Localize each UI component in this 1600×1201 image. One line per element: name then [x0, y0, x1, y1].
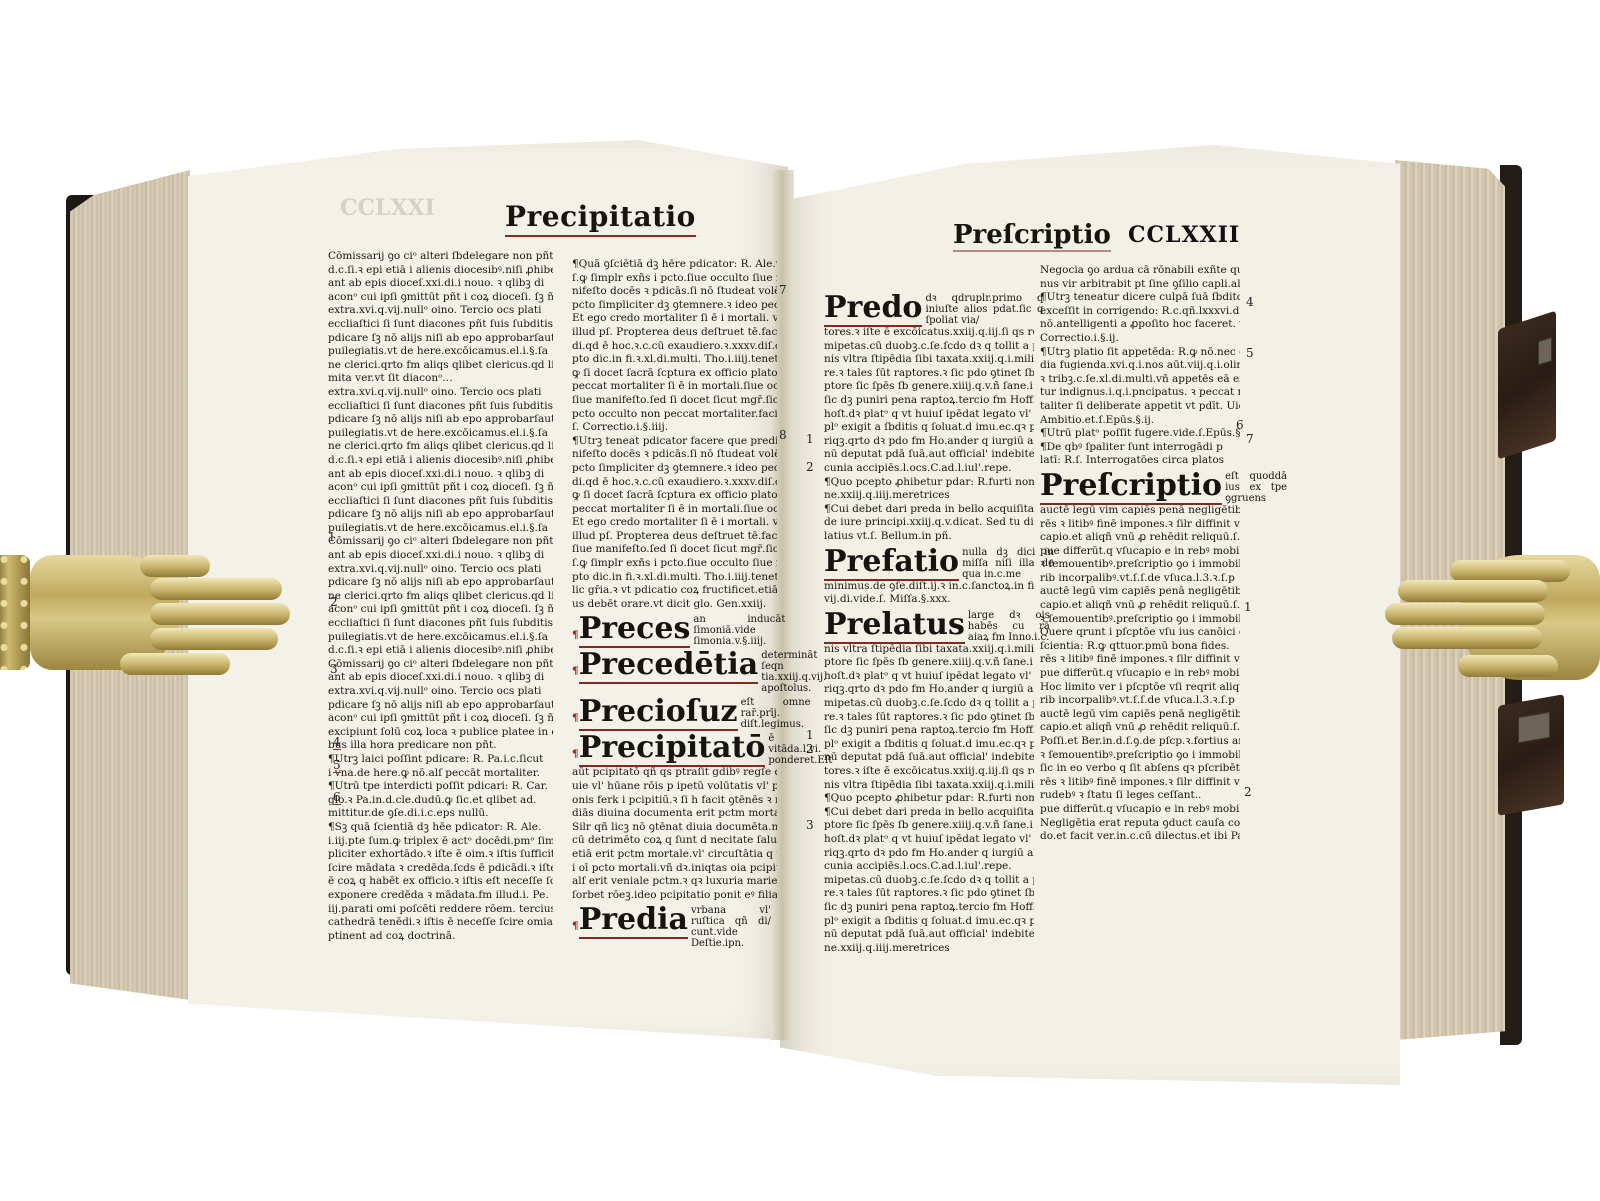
- text-line: rēs ꝛ litibꝰ finē impones.ꝛ ſilr diffini…: [1040, 776, 1240, 790]
- text-line: ptore ſic ſpēs ſb genere.xiiij.q.v.ñ ſan…: [824, 819, 1034, 833]
- text-line: pcto ſimpliciter dꝫ ꝯtemnere.ꝛ ideo pecc…: [572, 462, 777, 476]
- text-line: ¶Quā ꝯſciētiā dꝫ hēre pdicator: R. Ale.v…: [572, 258, 777, 272]
- text-line: ptinent ad coꝝ doctrinā.: [328, 930, 553, 944]
- margin-number: 2: [806, 460, 814, 474]
- text-line: capio.et aliqñ vnū ꝓ rehēdit reliquū.ſ.p: [1040, 721, 1240, 735]
- text-line: di.qd ē hoc.ꝛ.c.cū exaudiero.ꝛ.xxxv.diſ.…: [572, 340, 777, 354]
- text-line: ant ab epis dioceſ.xxi.di.i nouo. ꝛ qlib…: [328, 468, 553, 482]
- text-line: exceſſit in corrigendo: R.c.qñ.lxxxvi.di…: [1040, 305, 1240, 319]
- text-line: illud pſ. Propterea deus deſtruet tē.fac…: [572, 530, 777, 544]
- text-line: auctē legū vim capiēs penā negligētibꝰ i…: [1040, 504, 1240, 518]
- margin-number: 6: [1236, 418, 1244, 432]
- text-line: ¶Utrꝫ teneat pdicator facere que predica…: [572, 435, 777, 449]
- text-line: ſ.ꝙ ſimplr exñs i pcto.ſiue occulto ſiue…: [572, 557, 777, 571]
- text-line: nifeſto docēs ꝛ pdicās.ſi nō ſtudeat vol…: [572, 448, 777, 462]
- hand-finger: [1450, 560, 1570, 582]
- lower-leather-clasp[interactable]: [1498, 694, 1564, 816]
- text-line: ¶Cui debet dari preda in bello acquiſita…: [824, 806, 1034, 820]
- lemma-prescriptio: Preſcriptioeſt quoddā ius ex tpe ꝯgruens: [1040, 471, 1240, 504]
- text-line: Correctio.i.§.ij.: [1040, 332, 1240, 346]
- margin-number: 4: [333, 735, 341, 750]
- text-line: lic gr̄ia.ꝛ vt pdicatio coꝝ fructificet.…: [572, 584, 777, 598]
- text-line: puilegiatis.vt de here.excōicamus.el.i.§…: [328, 522, 553, 536]
- text-line: iij.parati omi poſcēti reddere rōem. ter…: [328, 903, 553, 917]
- text-line: ſiue manifeſto.ſed ſi docet ſicut mgr̄.ſ…: [572, 543, 777, 557]
- text-line: eccliaſtici ſi ſunt diacones pñt ſuis ſu…: [328, 400, 553, 414]
- margin-number: 6: [333, 790, 341, 805]
- hand-finger: [150, 628, 278, 650]
- text-line: extra.xvi.q.vij.nullᵒ oino. Tercio ocs p…: [328, 685, 553, 699]
- text-line: hoſt.dꝛ platᵒ q vt huiuſ ipēdat legato v…: [824, 833, 1034, 847]
- right-running-head: Preſcriptio: [953, 220, 1111, 252]
- lemma-prefatio: Prefationulla dꝫ dici in miſſa niſi illa…: [824, 547, 1034, 580]
- text-line: Cōmissarij ꝯo ciᵒ alteri ſbdelegare non …: [328, 535, 553, 549]
- text-line: pdicare ſꝫ nō alijs niſi ab epo approbar…: [328, 699, 553, 713]
- text-line: ne clerici.qrto fm aliqs qlibet clericus…: [328, 359, 553, 373]
- text-line: pto dic.in fi.ꝛ.xl.di.multi. Tho.i.iiij.…: [572, 571, 777, 585]
- text-line: i.iij.pte ſum.ꝙ triplex ē actᵒ docēdi.pm…: [328, 835, 553, 849]
- text-line: vij.di.vide.ſ. Miſſa.§.xxx.: [824, 593, 1034, 607]
- text-line: bus illa hora predicare non pñt.: [328, 739, 553, 753]
- margin-number: 3: [330, 662, 338, 676]
- pilcrow-icon: ¶: [572, 712, 579, 724]
- text-line: etiā erit pctm mortale.vl' circuſtātia q…: [572, 848, 777, 862]
- text-line: ne clerici.qrto fm aliqs qlibet clericus…: [328, 440, 553, 454]
- text-line: d.c.ſi.ꝛ epi etiā i alienis diocesibꝰ.ni…: [328, 644, 553, 658]
- text-line: pdicare ſꝫ nō alijs niſi ab epo approbar…: [328, 508, 553, 522]
- right-page-column-1: Predodꝛ qdruplr.primo q iniuſte alios pd…: [824, 290, 1034, 955]
- text-line: Cōmissarij ꝯo ciᵒ alteri ſbdelegare non …: [328, 658, 553, 672]
- margin-number: 5: [333, 758, 341, 773]
- text-line: cū detrimēto coꝝ q ſunt d necitate ſalut…: [572, 834, 777, 848]
- margin-number: 7: [1246, 432, 1254, 446]
- text-line: Cōmissarij ꝯo ciᵒ alteri ſbdelegare non …: [328, 250, 553, 264]
- text-line: mipetas.cū duobꝫ.c.ſe.ſcd̄o dꝛ q tollit …: [824, 874, 1034, 888]
- text-line: re.ꝛ tales ſūt raptores.ꝛ ſic pdo ꝯtinet…: [824, 711, 1034, 725]
- upper-leather-clasp[interactable]: [1498, 311, 1556, 460]
- hand-finger: [1392, 627, 1542, 649]
- text-line: ꝛ ſemouentibꝰ.preſcriptio ꝯo i immobilib…: [1040, 558, 1240, 572]
- text-line: ¶Sꝫ quā ſcientiā dꝫ hēe pdicator: R. Ale…: [328, 821, 553, 835]
- text-line: ant ab epis dioceſ.xxi.di.i nouo. ꝛ qlib…: [328, 671, 553, 685]
- text-line: pdicare ſꝫ nō alijs niſi ab epo approbar…: [328, 413, 553, 427]
- text-line: latius vt.ſ. Bellum.in pñ.: [824, 530, 1034, 544]
- beaded-cuff: [0, 555, 30, 670]
- hand-finger: [1398, 580, 1548, 602]
- text-line: exponere credēda ꝛ mādata.fm illud.i. Pe…: [328, 889, 553, 903]
- text-line: ꝛ ſemouentibꝰ.preſcriptio ꝯo i immobilib…: [1040, 749, 1240, 763]
- text-line: eccliaſtici ſi ſunt diacones pñt ſuis ſu…: [328, 617, 553, 631]
- text-line: ne clerici.qrto fm aliqs qlibet clericus…: [328, 590, 553, 604]
- text-line: onis ferk i pcipitiū.ꝛ ſi h facit ꝯtēnēs…: [572, 794, 777, 808]
- text-line: i oī pcto mortali.vñ dꝛ.iniqtas oia pcip…: [572, 862, 777, 876]
- text-line: re.ꝛ tales ſūt raptores.ꝛ ſic pdo ꝯtinet…: [824, 887, 1034, 901]
- text-line: cunia accipiēs.l.ocs.C.ad.l.iul'.repe.: [824, 462, 1034, 476]
- text-line: plᵒ exigit a ſbditis q ſoluat.d imu.ec.q…: [824, 738, 1034, 752]
- text-line: riqꝫ.qrto dꝛ pdo fm Ho.ander q iurgiū al…: [824, 435, 1034, 449]
- text-line: Et ego credo mortaliter ſi ē i mortali. …: [572, 516, 777, 530]
- hand-thumb: [120, 653, 230, 675]
- text-line: ſ.ꝙ ſimplr exñs i pcto.ſiue occulto ſiue…: [572, 272, 777, 286]
- text-line: illud pſ. Propterea deus deſtruet tē.fac…: [572, 326, 777, 340]
- text-line: ¶Utrū tpe interdicti poſſit pdicari: R. …: [328, 780, 553, 794]
- left-running-head: Precipitatio: [505, 200, 696, 237]
- text-line: rēs ꝛ litibꝰ finē impones.ꝛ ſilr diffini…: [1040, 518, 1240, 532]
- text-line: ꝙ ſi docet ſacrā ſcptura ex officio plat…: [572, 367, 777, 381]
- right-page-column-2: Negocia ꝯo ardua cā rōnabili exñte quā b…: [1040, 264, 1240, 844]
- text-line: nū deputat pdā ſuā.aut official' indebit…: [824, 928, 1034, 942]
- folio-number: CCLXXII: [1128, 222, 1240, 248]
- hand-finger: [150, 603, 290, 625]
- text-line: peccat mortaliter ſi ē in mortali.ſiue o…: [572, 380, 777, 394]
- text-line: ¶De qbꝰ ſpaliter ſunt interrogādi p: [1040, 441, 1240, 455]
- text-line: auctē legū vim capiēs penā negligētibꝰ i…: [1040, 708, 1240, 722]
- text-line: ptore ſic ſpēs ſb genere.xiiij.q.v.ñ ſan…: [824, 380, 1034, 394]
- text-line: nū deputat pdā ſuā.aut official' indebit…: [824, 751, 1034, 765]
- photo-stage: CCLXXI Precipitatio Preſcriptio CCLXXII …: [0, 0, 1600, 1201]
- margin-number: 1: [1244, 600, 1252, 614]
- text-line: nū deputat pdā ſuā.aut official' indebit…: [824, 448, 1034, 462]
- margin-number: 1: [806, 432, 814, 446]
- text-line: re.ꝛ tales ſūt raptores.ꝛ ſic pdo ꝯtinet…: [824, 367, 1034, 381]
- text-line: uie vl' hūane rōis p ipetū volūtatis vl'…: [572, 780, 777, 794]
- right-brass-hand-weight[interactable]: [1350, 515, 1600, 685]
- lemma-prelatus: Prelatuslarge dꝛ ois habēs cu rā aiaꝝ fm…: [824, 610, 1034, 643]
- left-brass-hand-weight[interactable]: [0, 515, 295, 685]
- margin-number: 3: [806, 818, 814, 832]
- text-line: ſ. Correctio.i.§.iiij.: [572, 421, 777, 435]
- text-line: ne.xxiij.q.iiij.meretrices: [824, 489, 1034, 503]
- text-line: puilegiatis.vt de here.excōicamus.el.i.§…: [328, 427, 553, 441]
- pilcrow-icon: ¶: [572, 629, 579, 641]
- text-line: puilegiatis.vt de here.excōicamus.el.i.§…: [328, 345, 553, 359]
- text-line: ¶Utrꝫ laici poſſint pdicare: R. Pa.i.c.ſ…: [328, 753, 553, 767]
- text-line: nis vltra ſtipēdia ſibi taxata.xxiij.q.i…: [824, 643, 1034, 657]
- text-line: Poſſi.et Ber.in.d.ſ.ꝯ.de pſcp.ꝛ.fortius …: [1040, 735, 1240, 749]
- text-line: nus vir arbitrabit pt ſine ꝯſilio capli.…: [1040, 278, 1240, 292]
- left-page-column-2: ¶Quā ꝯſciētiā dꝫ hēre pdicator: R. Ale.v…: [572, 258, 777, 949]
- text-line: ſic dꝫ puniri pena raptoꝝ.tercio fm Hoff…: [824, 724, 1034, 738]
- text-line: Silr qñ licꝫ nō ꝯtēnat diuia documēta.ni…: [572, 821, 777, 835]
- text-line: aconᵒ cui ipſi ꝯmittūt pñt i coꝝ dioceſi…: [328, 712, 553, 726]
- text-line: pue differūt.q vſucapio e in rebꝰ mobili…: [1040, 803, 1240, 817]
- text-line: riqꝫ.qrto dꝛ pdo fm Ho.ander q iurgiū al…: [824, 683, 1034, 697]
- text-line: taliter ſi deliberate appetit vt pdīt. U…: [1040, 400, 1240, 414]
- text-line: tores.ꝛ iſte ē excōicatus.xxiij.q.iij.ſi…: [824, 765, 1034, 779]
- margin-number: 7: [779, 283, 787, 297]
- text-line: cathedrā tenēdi.ꝛ iſtis ē neceſſe ſcire …: [328, 916, 553, 930]
- margin-number: 2: [806, 742, 814, 756]
- margin-number: 5: [1246, 346, 1254, 360]
- text-line: rēs ꝛ litibꝰ finē impones.ꝛ ſilr diffini…: [1040, 653, 1240, 667]
- text-line: ant ab epis dioceſ.xxi.di.i nouo. ꝛ qlib…: [328, 549, 553, 563]
- text-line: rib incorpalibꝰ.vt.ſ.ſ.de vſuca.l.3.ꝛ.ſ.…: [1040, 572, 1240, 586]
- text-line: extra.xvi.q.vij.nullᵒ oino. Tercio ocs p…: [328, 304, 553, 318]
- pilcrow-icon: ¶: [572, 665, 579, 677]
- text-line: hoſt.dꝛ platᵒ q vt huiuſ ipēdat legato v…: [824, 408, 1034, 422]
- text-line: i vna.de here.ꝙ nō.alſ peccāt mortaliter…: [328, 767, 553, 781]
- text-line: nō.antelligenti a ꝓpoſito hoc faceret. v…: [1040, 318, 1240, 332]
- text-line: ſiue manifeſto.ſed ſi docet ſicut mgr̄.ſ…: [572, 394, 777, 408]
- text-line: aconᵒ cui ipſi ꝯmittūt pñt i coꝝ dioceſi…: [328, 481, 553, 495]
- text-line: rudebꝰ ꝛ ſtatu ſi leges ceſſant..: [1040, 789, 1240, 803]
- lemma-precedentia: ¶Precedētiadetermināt ſeqn tia.xxiij.q.v…: [572, 650, 777, 694]
- text-line: dia fugienda.xvi.q.i.nos aūt.viij.q.i.ol…: [1040, 359, 1240, 373]
- text-line: riqꝫ.qrto dꝛ pdo fm Ho.ander q iurgiū al…: [824, 847, 1034, 861]
- text-line: ꝛ tribꝫ.c.ſe.xl.di.multi.vñ appetēs eā e…: [1040, 373, 1240, 387]
- text-line: ¶Utrū platᵒ poſſit fugere.vide.ſ.Epūs.§: [1040, 427, 1240, 441]
- text-line: mita ver.vt ſit diaconᵒ…: [328, 372, 553, 386]
- text-line: ſic dꝫ puniri pena raptoꝝ.tercio fm Hoff…: [824, 394, 1034, 408]
- text-line: ꝙ ſi docet ſacrā ſcptura ex officio plat…: [572, 489, 777, 503]
- text-line: peccat mortaliter ſi ē in mortali.ſiue o…: [572, 503, 777, 517]
- text-line: pdicare ſꝫ nō alijs niſi ab epo approbar…: [328, 576, 553, 590]
- margin-number: 8: [779, 428, 787, 442]
- text-line: mittitur.de ꝯſe.di.i.c.eps nullū.: [328, 807, 553, 821]
- text-line: pcto ſimpliciter dꝫ ꝯtemnere.ꝛ ideo pecc…: [572, 299, 777, 313]
- text-line: us debēt orare.vt dicit glo. Gen.xxiij.: [572, 598, 777, 612]
- text-line: Negocia ꝯo ardua cā rōnabili exñte quā b…: [1040, 264, 1240, 278]
- text-line: mipetas.cū duobꝫ.c.ſe.ſcd̄o dꝛ q tollit …: [824, 697, 1034, 711]
- text-line: ſorbet rōeꝫ.ideo pcipitatio ponit eꝰ fil…: [572, 889, 777, 903]
- text-line: aconᵒ cui ipſi ꝯmittūt pñt i coꝝ dioceſi…: [328, 291, 553, 305]
- text-line: rib incorpalibꝰ.vt.ſ.ſ.de vſuca.l.3.ꝛ.ſ.…: [1040, 694, 1240, 708]
- margin-number: 2: [1244, 785, 1252, 799]
- text-line: ne.xxiij.q.iiij.meretrices: [824, 942, 1034, 956]
- margin-number: 1: [328, 530, 336, 544]
- text-line: excipiunt ſolū coꝝ loca ꝛ publice platee…: [328, 726, 553, 740]
- left-page-column-1: Cōmissarij ꝯo ciᵒ alteri ſbdelegare non …: [328, 250, 553, 943]
- text-line: pcto occulto non peccat mortaliter.facit…: [572, 408, 777, 422]
- text-line: aūt pcipitatō qñ qs ptraſit gdibꝰ regſe …: [572, 766, 777, 780]
- text-line: de iure principi.xxiij.q.v.dicat. Sed tu…: [824, 516, 1034, 530]
- text-line: diās diuina documenta erit pctm mortale.: [572, 807, 777, 821]
- text-line: eccliaſtici ſi ſunt diacones pñt ſuis ſu…: [328, 495, 553, 509]
- margin-number: 2: [330, 595, 338, 609]
- text-line: hoſt.dꝛ platᵒ q vt huiuſ ipēdat legato v…: [824, 670, 1034, 684]
- text-line: Ambitio.et.ſ.Epūs.§.ij.: [1040, 414, 1240, 428]
- lemma-predo: Predodꝛ qdruplr.primo q iniuſte alios pd…: [824, 293, 1034, 326]
- text-line: ¶Quo pcepto ꝓhibetur pdar: R.furti nomi/: [824, 792, 1034, 806]
- text-line: Et ego credo mortaliter ſi ē i mortali. …: [572, 312, 777, 326]
- clasp-metal-plate: [1518, 712, 1550, 744]
- margin-number: 1: [806, 728, 814, 742]
- text-line: eccliaſtici ſi ſunt diacones pñt ſuis ſu…: [328, 318, 553, 332]
- text-line: di.qd ē hoc.ꝛ.c.cū exaudiero.ꝛ.xxxv.diſ.…: [572, 476, 777, 490]
- text-line: glo.ꝛ Pa.in.d.cle.dudū.ꝙ ſic.et qlibet a…: [328, 794, 553, 808]
- lemma-preces: ¶Precesan inducāt ſimoniā.vide ſimonia.v…: [572, 614, 777, 647]
- text-line: capio.et aliqñ vnū ꝓ rehēdit reliquū.ſ.p: [1040, 531, 1240, 545]
- text-line: nis vltra ſtipēdia ſibi taxata.xxiij.q.i…: [824, 353, 1034, 367]
- text-line: alſ erit veniale pctm.ꝛ qꝛ luxuria marie…: [572, 875, 777, 889]
- text-line: d.c.ſi.ꝛ epi etiā i alienis diocesibꝰ.ni…: [328, 264, 553, 278]
- clasp-metal-plate: [1538, 337, 1552, 366]
- text-line: pdicare ſꝫ nō alijs niſi ab epo approbar…: [328, 332, 553, 346]
- text-line: pliciter exhortādo.ꝛ iſte ē oim.ꝛ iſtis …: [328, 848, 553, 862]
- text-line: plᵒ exigit a ſbditis q ſoluat.d imu.ec.q…: [824, 915, 1034, 929]
- text-line: do.et facit ver.in.c.cū dilectus.et ibi …: [1040, 830, 1240, 844]
- pilcrow-icon: ¶: [572, 748, 579, 760]
- lemma-precipitato: ¶Precipitatōē vitāda.l.vi. ponderet.Eſt: [572, 733, 777, 766]
- text-line: ſcire mādata ꝛ credēda.ſcd̄s ē pdicādi.ꝛ…: [328, 862, 553, 876]
- margin-number: 4: [1246, 295, 1254, 309]
- text-line: latī: R.ſ. Interrogatōes circa platos: [1040, 454, 1240, 468]
- text-line: nis vltra ſtipēdia ſibi taxata.xxiij.q.i…: [824, 779, 1034, 793]
- text-line: cunia accipiēs.l.ocs.C.ad.l.iul'.repe.: [824, 860, 1034, 874]
- text-line: ē coꝝ q habēt ex officio.ꝛ iſtis eſt nec…: [328, 875, 553, 889]
- text-line: extra.xvi.q.vij.nullᵒ oino. Tercio ocs p…: [328, 386, 553, 400]
- show-through-folio: CCLXXI: [340, 195, 435, 221]
- text-line: capio.et aliqñ vnū ꝓ rehēdit reliquū.ſ.p: [1040, 599, 1240, 613]
- hand-finger: [150, 578, 282, 600]
- text-line: pue differūt.q vſucapio e in rebꝰ mobili…: [1040, 545, 1240, 559]
- text-line: d.c.ſi.ꝛ epi etiā i alienis diocesibꝰ.ni…: [328, 454, 553, 468]
- text-line: ſic in eo verbo q ſit abſens qꝛ pſcribēt: [1040, 762, 1240, 776]
- text-line: plᵒ exigit a ſbditis q ſoluat.d imu.ec.q…: [824, 421, 1034, 435]
- text-line: ¶Utrꝫ teneatur dicere culpā ſuā ſbdito q…: [1040, 291, 1240, 305]
- text-line: ant ab epis dioceſ.xxi.di.i nouo. ꝛ qlib…: [328, 277, 553, 291]
- text-line: Negligētia erat reputa ꝯduct cauſa coꝝ: [1040, 817, 1240, 831]
- text-line: extra.xvi.q.vij.nullᵒ oino. Tercio ocs p…: [328, 563, 553, 577]
- text-line: nifeſto docēs ꝛ pdicās.ſi nō ſtudeat vol…: [572, 285, 777, 299]
- text-line: Quere qrunt i pſcptōe vſu ius canōici et: [1040, 626, 1240, 640]
- lemma-preciosuz: ¶Precioſuzeſt omne rar̄.prīj. diſt.legim…: [572, 697, 777, 730]
- text-line: pue differūt.q vſucapio e in rebꝰ mobili…: [1040, 667, 1240, 681]
- hand-thumb: [1458, 655, 1558, 677]
- text-line: ¶Cui debet dari preda in bello acquiſita…: [824, 503, 1034, 517]
- text-line: ꝛ ſemouentibꝰ.preſcriptio ꝯo i immobilib…: [1040, 613, 1240, 627]
- text-line: ſic dꝫ puniri pena raptoꝝ.tercio fm Hoff…: [824, 901, 1034, 915]
- text-line: aconᵒ cui ipſi ꝯmittūt pñt i coꝝ dioceſi…: [328, 603, 553, 617]
- text-line: pto dic.in fi.ꝛ.xl.di.multi. Tho.i.iiij.…: [572, 353, 777, 367]
- text-line: ¶Utrꝫ platio ſit appetēda: R.ꝙ nō.nec de…: [1040, 346, 1240, 360]
- text-line: ¶Quo pcepto ꝓhibetur pdar: R.furti nomi/: [824, 476, 1034, 490]
- hand-finger: [1385, 603, 1545, 625]
- text-line: tores.ꝛ iſte ē excōicatus.xxiij.q.iij.ſi…: [824, 326, 1034, 340]
- text-line: ptore ſic ſpēs ſb genere.xiiij.q.v.ñ ſan…: [824, 656, 1034, 670]
- hand-finger: [140, 555, 210, 577]
- text-line: Hoc limito ver i pſcptōe vſi reqrit aliq…: [1040, 681, 1240, 695]
- text-line: minimus.de ꝯſe.diſt.ij.ꝛ in.c.ſanctoꝝ.in…: [824, 580, 1034, 594]
- text-line: ſcientia: R.ꝙ qttuor.pmū bona fides.: [1040, 640, 1240, 654]
- pilcrow-icon: ¶: [572, 920, 579, 932]
- text-line: mipetas.cū duobꝫ.c.ſe.ſcd̄o dꝛ q tollit …: [824, 340, 1034, 354]
- text-line: tur indignus.i.q.i.pncipatus. ꝛ peccat m…: [1040, 386, 1240, 400]
- text-line: puilegiatis.vt de here.excōicamus.el.i.§…: [328, 631, 553, 645]
- lemma-predia: ¶Prediavrbana vl' ruſtica qñ di/ cunt.vi…: [572, 905, 777, 949]
- text-line: auctē legū vim capiēs penā negligētibꝰ i…: [1040, 585, 1240, 599]
